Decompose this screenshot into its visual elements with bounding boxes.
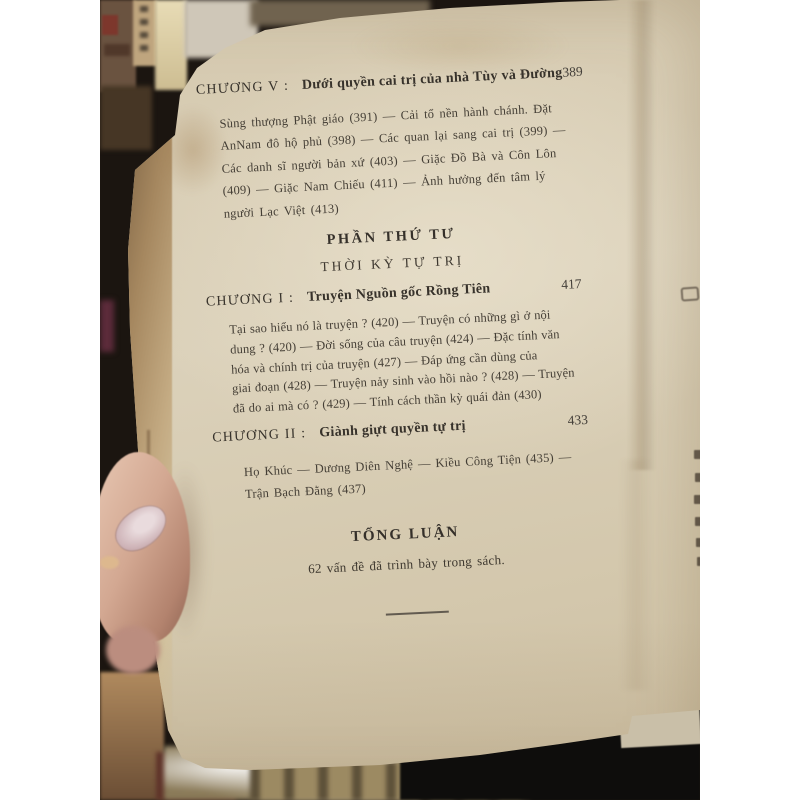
part-4-subtitle: THỜI KỲ TỰ TRỊ <box>204 247 580 281</box>
page-fold-crease <box>628 0 656 470</box>
background-label <box>104 44 130 56</box>
chapter-1-label: CHƯƠNG I : <box>206 291 295 311</box>
edge-mark <box>697 557 700 566</box>
edge-mark <box>695 473 700 482</box>
edge-mark <box>694 495 700 504</box>
chapter-2-page-number: 433 <box>567 412 588 429</box>
chapter-5-heading: CHƯƠNG V : Dưới quyền cai trị của nhà Tù… <box>196 64 572 99</box>
table-of-contents: CHƯƠNG V : Dưới quyền cai trị của nhà Tù… <box>195 52 601 669</box>
chapter-5-title: Dưới quyền cai trị của nhà Tùy và Đường <box>302 66 563 94</box>
chapter-2-summary: Họ Khúc — Dương Diên Nghệ — Kiều Công Ti… <box>243 446 572 505</box>
edge-mark <box>695 517 700 526</box>
book-page: CHƯƠNG V : Dưới quyền cai trị của nhà Tù… <box>100 0 700 800</box>
chapter-2-title: Giành giựt quyền tự trị <box>319 419 466 442</box>
background-cloth <box>155 0 187 90</box>
chapter-1-page-number: 417 <box>561 276 582 293</box>
chapter-1-title: Truyện Nguồn gốc Rồng Tiên <box>307 281 491 306</box>
edge-mark <box>694 450 700 459</box>
skin-blemish <box>100 556 119 569</box>
book-photo: CHƯƠNG V : Dưới quyền cai trị của nhà Tù… <box>100 0 700 800</box>
background-spine-text <box>140 6 148 58</box>
background-book-spine <box>100 300 114 352</box>
edge-mark <box>696 538 700 547</box>
chapter-1-heading: CHƯƠNG I : Truyện Nguồn gốc Rồng Tiên 41… <box>206 276 582 311</box>
chapter-5-label: CHƯƠNG V : <box>196 79 290 99</box>
chapter-5-page-number: 389 <box>562 64 583 81</box>
chapter-1-summary: Tại sao hiểu nó là truyện ? (420) — Truy… <box>229 305 576 420</box>
chapter-2-label: CHƯƠNG II : <box>212 426 307 446</box>
section-divider <box>386 611 449 616</box>
conclusion-title: TỔNG LUẬN <box>217 518 593 553</box>
conclusion-note: 62 vấn đề đã trình bày trong sách. <box>218 548 594 582</box>
background-shelf <box>100 86 152 150</box>
background-red-label <box>102 15 118 35</box>
background-wood-shelf <box>100 672 164 800</box>
fingertip <box>106 626 160 674</box>
stamp-mark <box>681 286 700 301</box>
chapter-5-summary: Sùng thượng Phật giáo (391) — Cải tổ nền… <box>219 97 569 225</box>
